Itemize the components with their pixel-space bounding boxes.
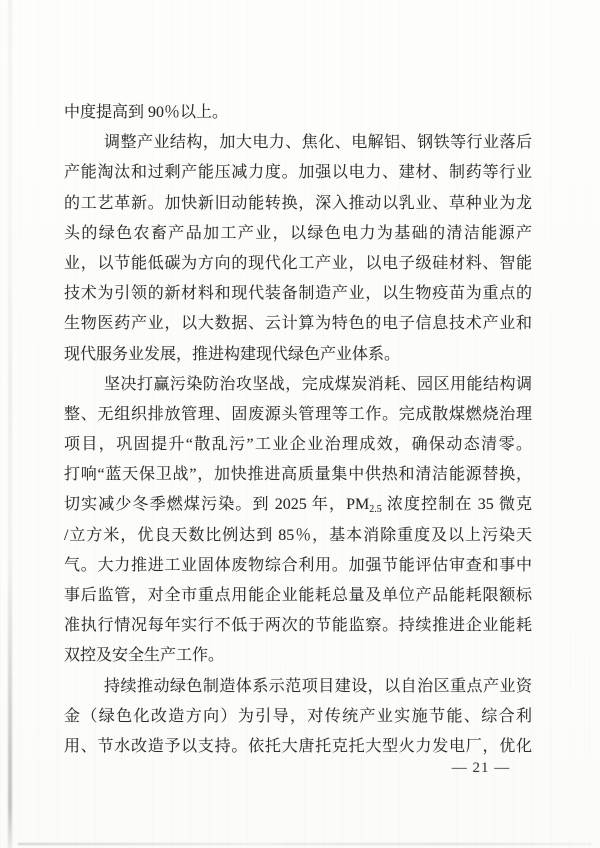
text-line: 项目，巩固提升“散乱污”工业企业治理成效，确保动态清零。 bbox=[64, 430, 532, 460]
text-line: 事后监管，对全市重点用能企业能耗总量及单位产品能耗限额标 bbox=[64, 581, 532, 611]
text-line-paragraph-start: 坚决打赢污染防治攻坚战，完成煤炭消耗、园区用能结构调 bbox=[64, 370, 532, 400]
text-line: 的工艺革新。加快新旧动能转换，深入推动以乳业、草种业为龙 bbox=[64, 189, 532, 219]
text-line-paragraph-start: 持续推动绿色制造体系示范项目建设，以自治区重点产业资 bbox=[64, 672, 532, 702]
text-line: 用、节水改造予以支持。依托大唐托克托大型火力发电厂，优化 bbox=[64, 732, 532, 762]
pm25-text-after: 浓度控制在 35 微克 bbox=[382, 496, 532, 513]
page-number: — 21 — bbox=[437, 760, 525, 777]
text-line: 双控及安全生产工作。 bbox=[64, 641, 532, 671]
document-body-text: 中度提高到 90％以上。 调整产业结构，加大电力、焦化、电解铝、钢铁等行业落后 … bbox=[64, 98, 532, 762]
text-line: 打响“蓝天保卫战”，加快推进高质量集中供热和清洁能源替换， bbox=[64, 460, 532, 490]
pm25-subscript: 2.5 bbox=[369, 504, 382, 515]
text-line: 现代服务业发展，推进构建现代绿色产业体系。 bbox=[64, 340, 532, 370]
text-line: 头的绿色农畜产品加工产业，以绿色电力为基础的清洁能源产 bbox=[64, 219, 532, 249]
text-line: 产能淘汰和过剩产能压减力度。加强以电力、建材、制药等行业 bbox=[64, 158, 532, 188]
text-line: 技术为引领的新材料和现代装备制造产业，以生物疫苗为重点的 bbox=[64, 279, 532, 309]
text-line: 业，以节能低碳为方向的现代化工产业，以电子级硅材料、智能 bbox=[64, 249, 532, 279]
text-line: 生物医药产业，以大数据、云计算为特色的电子信息技术产业和 bbox=[64, 309, 532, 339]
scan-left-edge-artifact bbox=[8, 0, 12, 848]
text-line-paragraph-start: 调整产业结构，加大电力、焦化、电解铝、钢铁等行业落后 bbox=[64, 128, 532, 158]
text-line: 中度提高到 90％以上。 bbox=[64, 98, 532, 128]
text-line: 气。大力推进工业固体废物综合利用。加强节能评估审查和事中 bbox=[64, 551, 532, 581]
text-line: 金（绿色化改造方向）为引导，对传统产业实施节能、综合利 bbox=[64, 702, 532, 732]
text-line: 整、无组织排放管理、固废源头管理等工作。完成散煤燃烧治理 bbox=[64, 400, 532, 430]
pm25-text-before: 切实减少冬季燃煤污染。到 2025 年，PM bbox=[64, 496, 369, 513]
text-line-pm25: 切实减少冬季燃煤污染。到 2025 年，PM2.5 浓度控制在 35 微克 bbox=[64, 490, 532, 520]
text-line: 准执行情况每年实行不低于两次的节能监察。持续推进企业能耗 bbox=[64, 611, 532, 641]
scan-bottom-edge-artifact bbox=[18, 843, 592, 845]
text-line: /立方米，优良天数比例达到 85％，基本消除重度及以上污染天 bbox=[64, 521, 532, 551]
scanned-document-page: 中度提高到 90％以上。 调整产业结构，加大电力、焦化、电解铝、钢铁等行业落后 … bbox=[0, 0, 600, 848]
